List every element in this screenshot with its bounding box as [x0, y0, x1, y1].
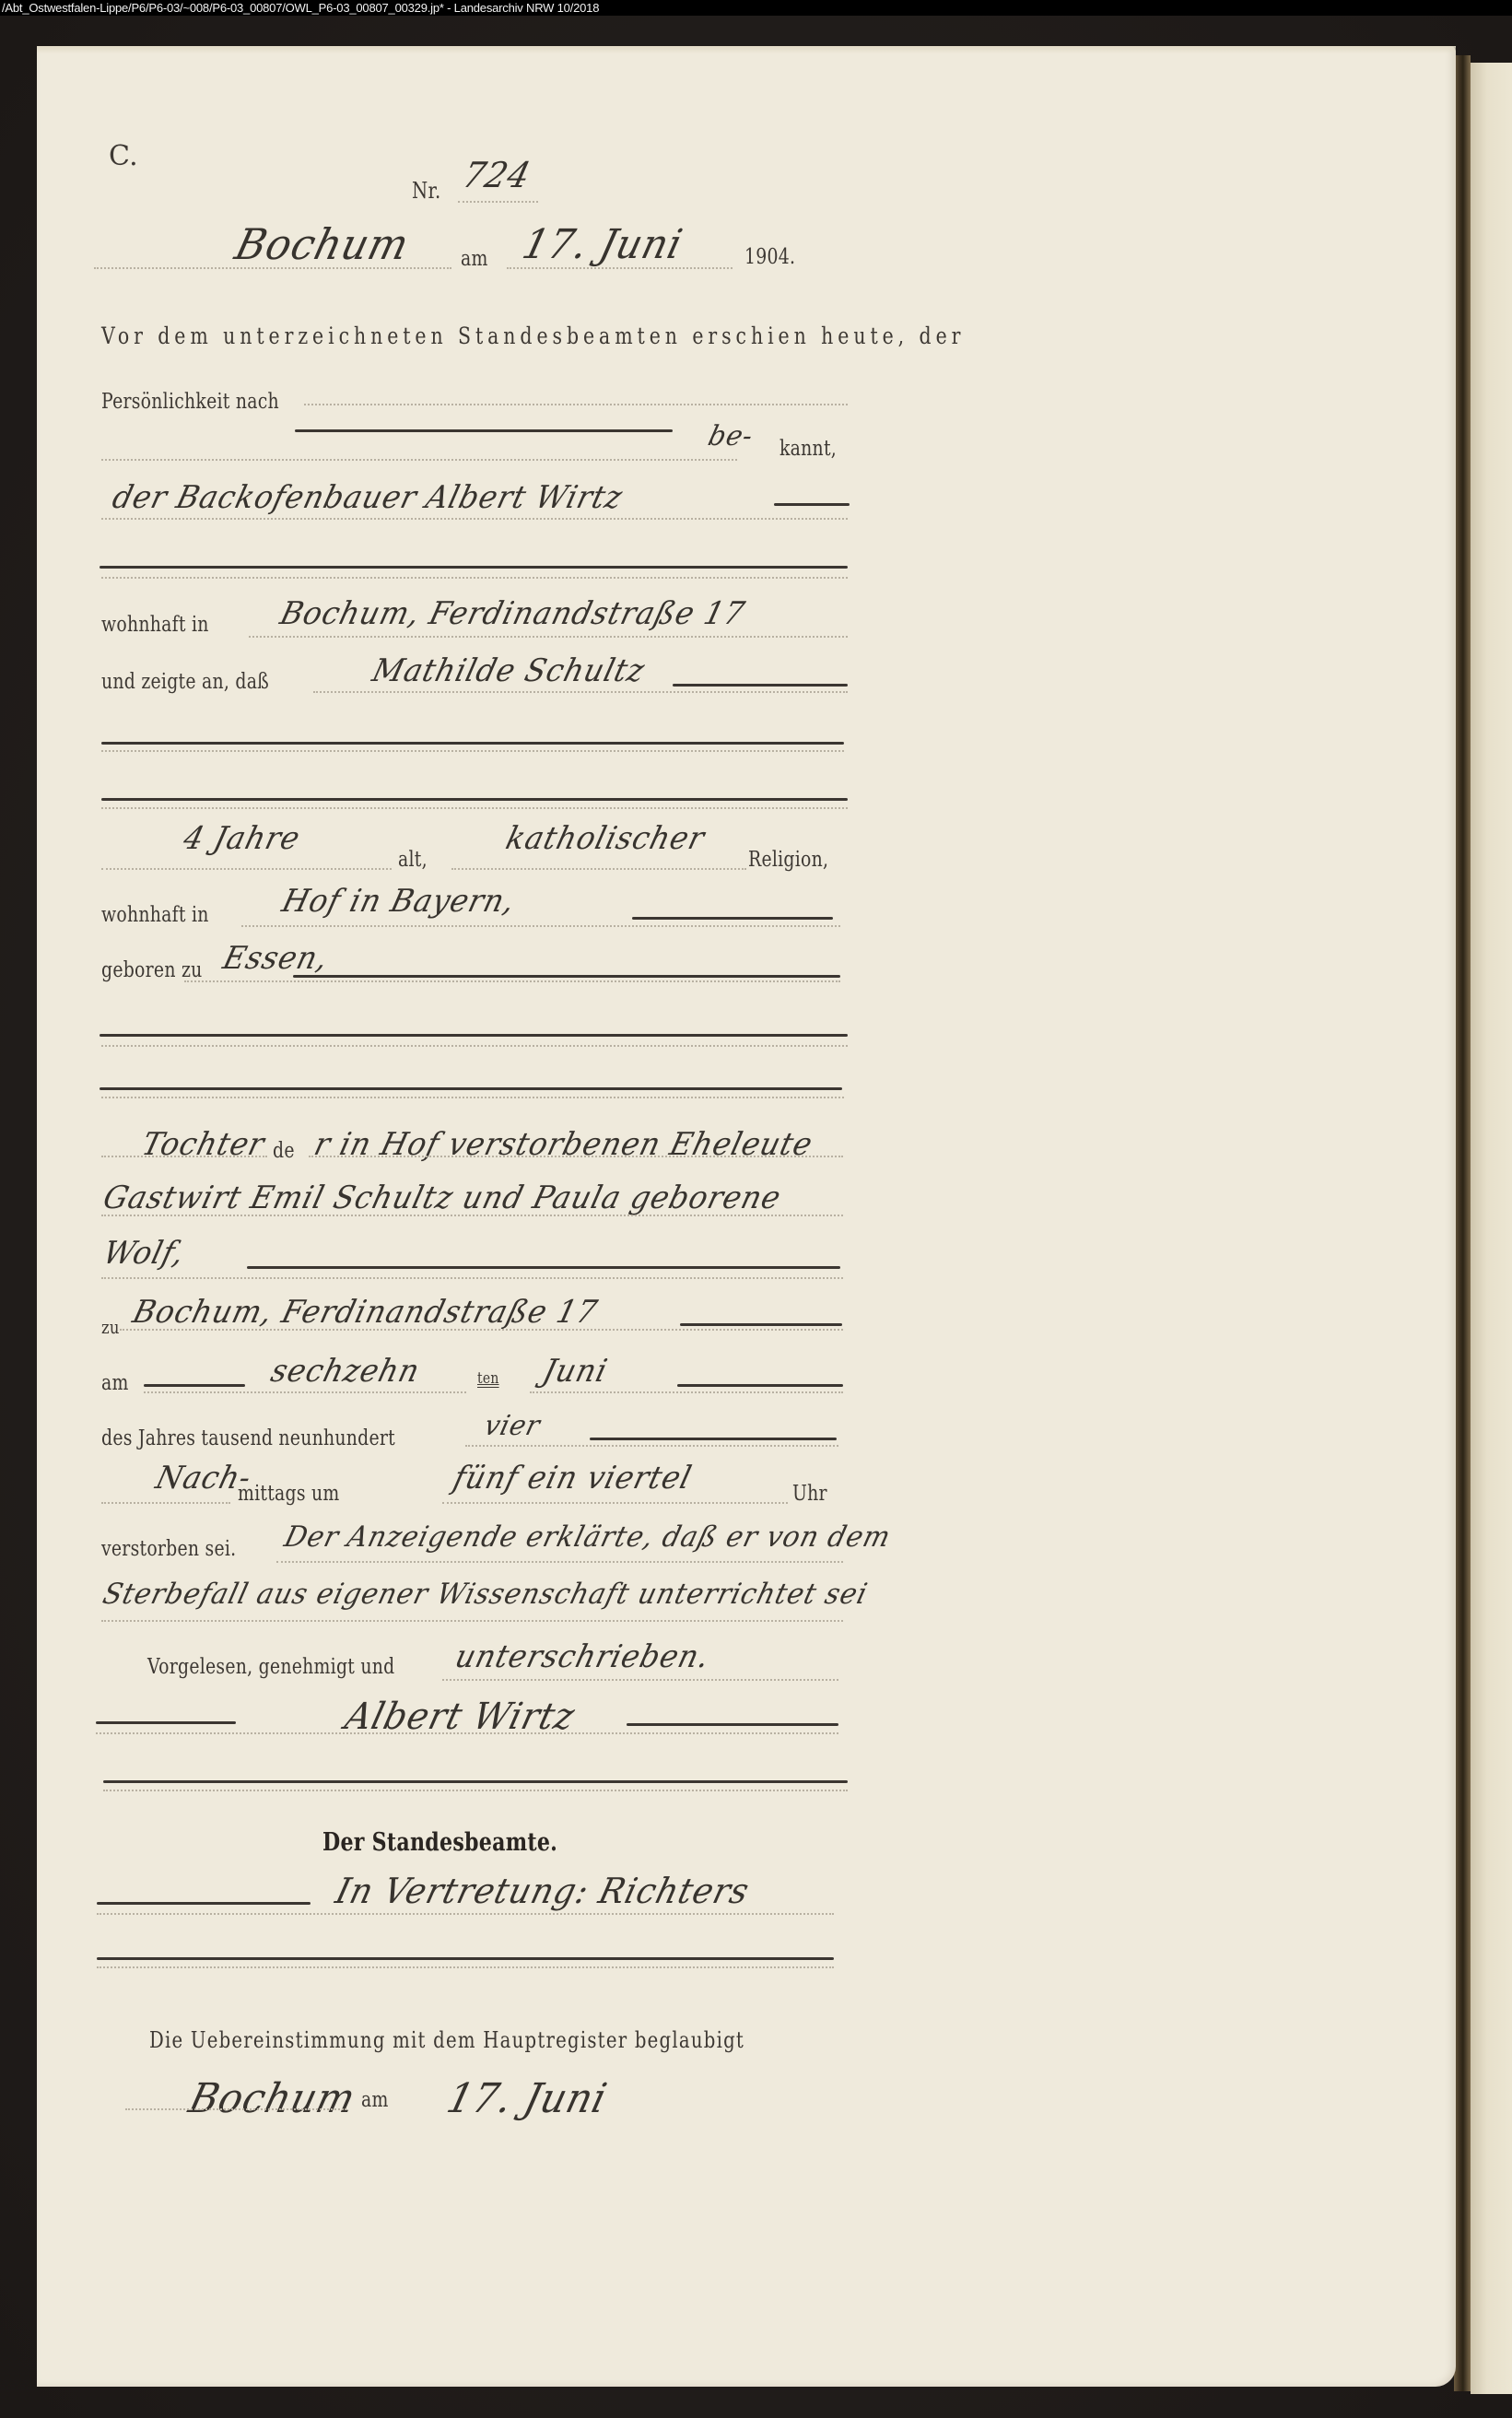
- fill-rule: [774, 503, 850, 506]
- birthplace: Essen,: [219, 940, 333, 977]
- fill-rule: [96, 1721, 236, 1724]
- number-label: Nr.: [412, 178, 440, 204]
- deceased-field-line: [313, 691, 848, 693]
- blank-field-line: [101, 807, 848, 809]
- death-time-field-line: [442, 1502, 788, 1504]
- blank-rule: [101, 742, 844, 745]
- fill-rule: [293, 975, 840, 978]
- relation-article-label: de: [273, 1139, 295, 1163]
- cert-place-field-line: [125, 2108, 346, 2110]
- death-time: fünf ein viertel: [450, 1460, 696, 1497]
- form-letter: C.: [109, 140, 138, 172]
- blank-rule: [97, 1957, 834, 1960]
- deceased-name: Mathilde Schultz: [369, 652, 649, 689]
- record-place: Bochum: [230, 219, 415, 269]
- ordinal-suffix-label: ten: [477, 1369, 499, 1388]
- registrar-signature: In Vertretung: Richters: [332, 1871, 754, 1911]
- blank-field-line: [101, 1097, 844, 1098]
- registrar-field-line: [97, 1913, 834, 1915]
- parents-line-1: r in Hof verstorbenen Eheleute: [311, 1126, 816, 1163]
- death-day-field-line: [144, 1391, 466, 1393]
- fill-rule: [680, 1323, 842, 1326]
- fill-rule: [144, 1384, 245, 1387]
- death-place: Bochum, Ferdinandstraße 17: [129, 1294, 602, 1331]
- time-period-field-line: [101, 1502, 230, 1504]
- deceased-residence: Hof in Bayern,: [278, 883, 519, 920]
- intro-line-2: Persönlichkeit nach: [101, 390, 279, 414]
- blank-rule: [103, 1780, 848, 1783]
- death-month: Juni: [539, 1353, 612, 1390]
- fill-rule: [247, 1266, 840, 1269]
- fill-rule: [97, 1902, 311, 1905]
- fill-rule: [673, 684, 848, 687]
- uhr-label: Uhr: [792, 1482, 827, 1506]
- intro-line-1: Vor dem unterzeichneten Standesbeamten e…: [101, 323, 767, 349]
- death-place-field-line: [120, 1329, 843, 1331]
- death-register-entry: C. Nr. 724 Bochum am 17. Juni 1904. Vor …: [0, 0, 1512, 2418]
- informant-statement-2: Sterbefall aus eigener Wissenschaft unte…: [100, 1578, 871, 1611]
- informant-residence: Bochum, Ferdinandstraße 17: [276, 595, 749, 632]
- parents-line-2: Gastwirt Emil Schultz und Paula geborene: [100, 1180, 785, 1216]
- certification-place: Bochum: [184, 2075, 360, 2122]
- religion-label: Religion,: [748, 848, 828, 872]
- blank-rule: [100, 1034, 848, 1037]
- parents-line-3: Wolf,: [100, 1235, 189, 1272]
- residence-field-line: [249, 636, 848, 638]
- deceased-religion: katholischer: [502, 820, 709, 857]
- statement-field-line: [101, 1620, 843, 1622]
- death-year-field-line: [465, 1445, 838, 1447]
- born-label: geboren zu: [101, 958, 203, 982]
- am-label: am: [461, 247, 488, 271]
- place-field-line: [94, 267, 451, 269]
- record-date: 17. Juni: [518, 221, 687, 268]
- age-label: alt,: [398, 848, 428, 872]
- age-field-line: [101, 868, 392, 870]
- registrar-heading: Der Standesbeamte.: [322, 1828, 557, 1857]
- parents-field-line: [101, 1215, 843, 1216]
- birthplace-field-line: [184, 980, 840, 982]
- informant-field-line: [101, 518, 848, 520]
- informant-name: der Backofenbauer Albert Wirtz: [109, 479, 627, 516]
- fill-rule: [590, 1438, 837, 1440]
- death-day-label: am: [101, 1371, 129, 1395]
- blank-field-line: [97, 1966, 834, 1968]
- statement-field-line: [276, 1561, 843, 1563]
- informant-statement-1: Der Anzeigende erklärte, daß er von dem: [281, 1520, 895, 1554]
- signature-field-line: [96, 1732, 838, 1734]
- relation: Tochter: [138, 1126, 269, 1163]
- number-field-line: [458, 201, 538, 203]
- died-label: verstorben sei.: [101, 1537, 236, 1561]
- cert-am-label: am: [361, 2088, 389, 2112]
- parents-field-line: [101, 1277, 843, 1279]
- identity-field-line: [304, 404, 848, 405]
- deceased-residence-line: [241, 925, 840, 927]
- strike-rule: [295, 429, 673, 432]
- blank-rule: [100, 1087, 842, 1090]
- parents-field-line: [309, 1156, 843, 1157]
- certification-date: 17. Juni: [442, 2075, 612, 2122]
- death-time-label: mittags um: [238, 1482, 340, 1506]
- blank-rule: [101, 798, 848, 801]
- signed-field-line: [442, 1679, 838, 1681]
- religion-field-line: [451, 868, 746, 870]
- blank-field-line: [101, 1045, 848, 1047]
- blank-field-line: [103, 1790, 848, 1791]
- blank-field-line: [101, 577, 848, 579]
- death-month-field-line: [530, 1391, 843, 1393]
- deceased-residence-label: wohnhaft in: [101, 903, 209, 927]
- record-year: 1904.: [744, 245, 795, 269]
- known-suffix: kannt,: [779, 437, 837, 461]
- known-field-line: [101, 459, 737, 461]
- certification-text: Die Uebereinstimmung mit dem Hauptregist…: [149, 2027, 744, 2053]
- blank-field-line: [101, 750, 844, 752]
- deceased-age: 4 Jahre: [180, 820, 304, 857]
- death-year-label: des Jahres tausend neunhundert: [101, 1426, 395, 1450]
- relation-field-line: [101, 1156, 267, 1157]
- death-place-label: zu: [101, 1316, 120, 1338]
- read-approved-label: Vorgelesen, genehmigt und: [147, 1655, 394, 1679]
- blank-rule: [100, 566, 848, 569]
- fill-rule: [632, 917, 833, 920]
- death-year: vier: [481, 1410, 544, 1442]
- date-field-line: [507, 267, 733, 269]
- reported-label: und zeigte an, daß: [101, 670, 269, 694]
- record-number: 724: [459, 155, 535, 195]
- known-prefix: be-: [705, 420, 756, 452]
- read-approved-hand: unterschrieben.: [451, 1638, 714, 1675]
- informant-residence-label: wohnhaft in: [101, 613, 209, 637]
- death-day: sechzehn: [267, 1353, 424, 1390]
- fill-rule: [677, 1384, 843, 1387]
- fill-rule: [627, 1723, 838, 1726]
